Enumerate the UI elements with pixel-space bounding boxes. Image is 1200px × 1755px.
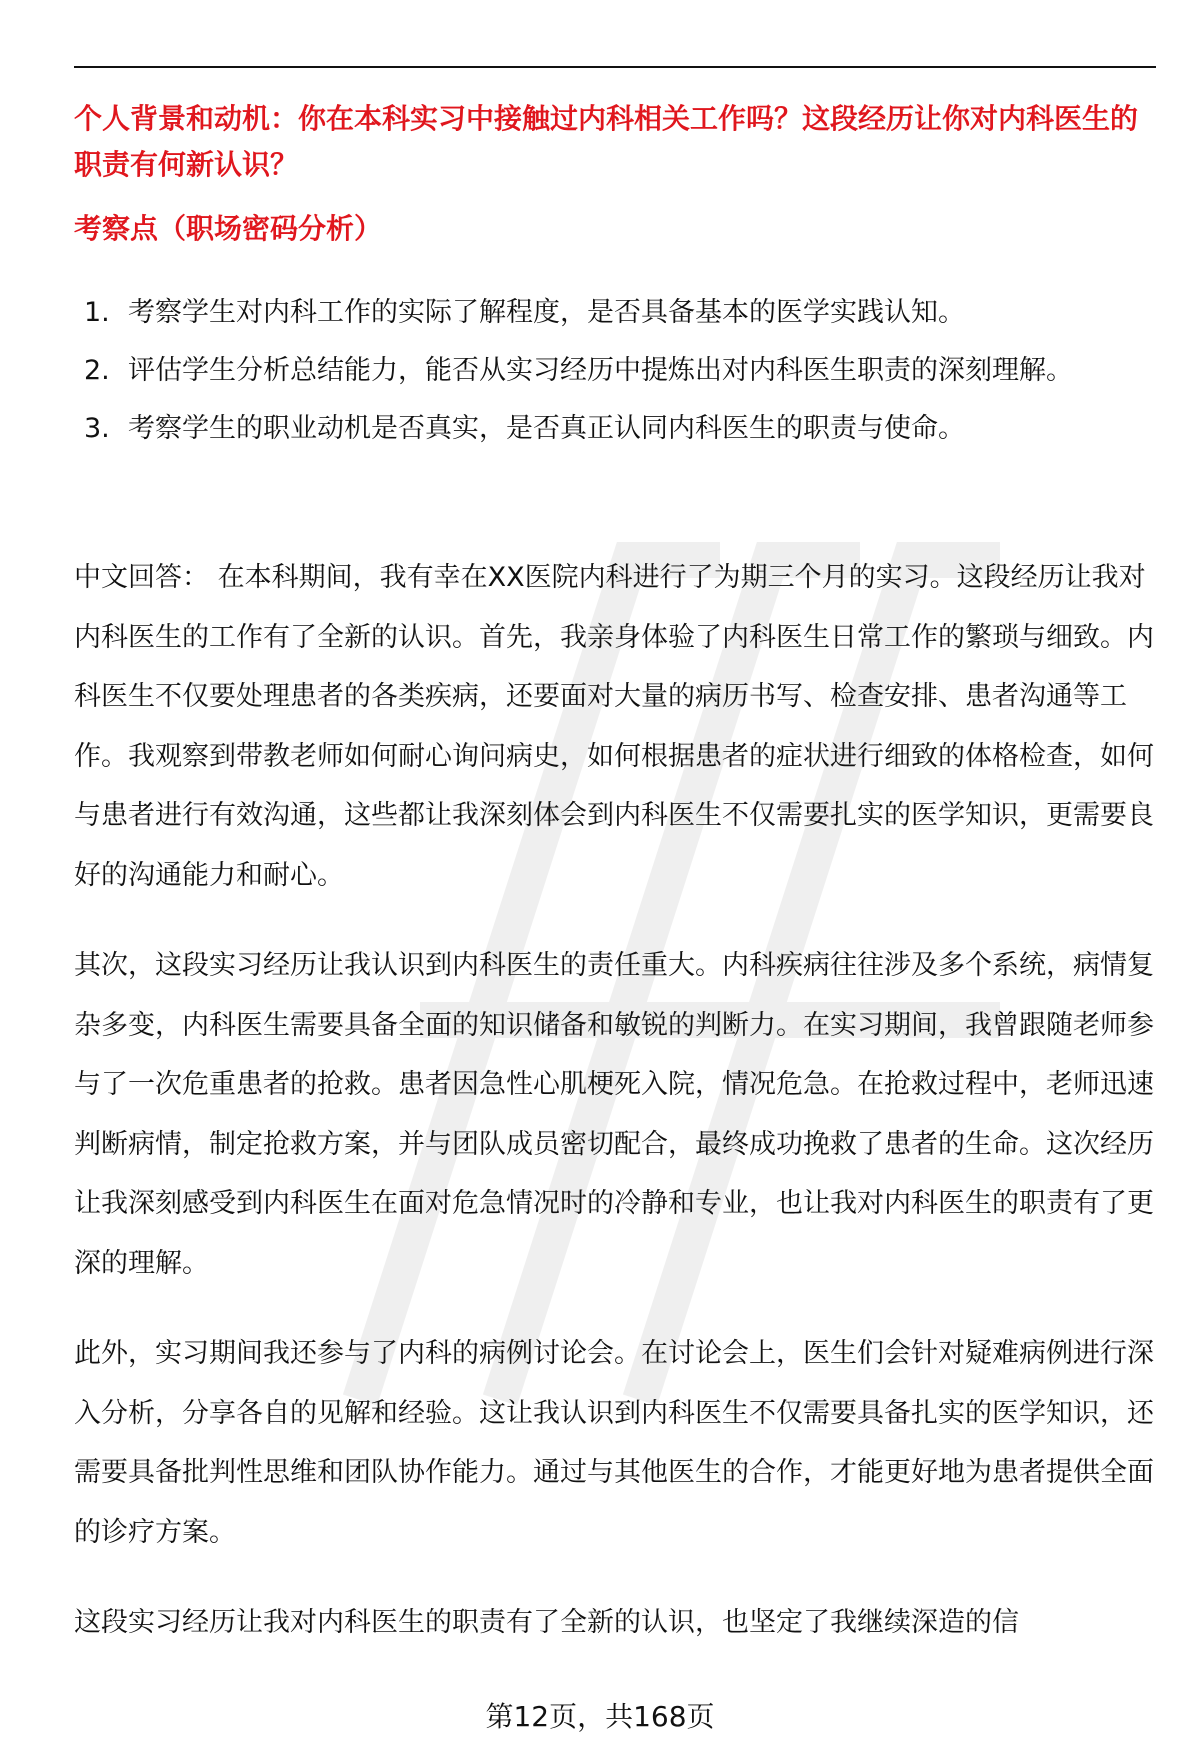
list-text: 考察学生的职业动机是否真实，是否真正认同内科医生的职责与使命。 [128, 413, 965, 444]
list-item: 3. 考察学生的职业动机是否真实，是否真正认同内科医生的职责与使命。 [74, 400, 1124, 458]
answer-paragraph-4: 这段实习经历让我对内科医生的职责有了全新的认识，也坚定了我继续深造的信 [74, 1593, 1154, 1653]
answer-paragraph-1: 中文回答： 在本科期间，我有幸在XX医院内科进行了为期三个月的实习。这段经历让我… [74, 548, 1154, 905]
list-text: 考察学生对内科工作的实际了解程度，是否具备基本的医学实践认知。 [128, 297, 965, 328]
header-rule [74, 66, 1156, 68]
question-title: 个人背景和动机：你在本科实习中接触过内科相关工作吗？这段经历让你对内科医生的职责… [74, 96, 1164, 188]
list-item: 2. 评估学生分析总结能力，能否从实习经历中提炼出对内科医生职责的深刻理解。 [74, 342, 1124, 400]
list-item: 1. 考察学生对内科工作的实际了解程度，是否具备基本的医学实践认知。 [74, 284, 1124, 342]
list-number: 1. [84, 284, 110, 342]
page-number-footer: 第12页，共168页 [0, 1695, 1200, 1735]
answer-paragraph-2: 其次，这段实习经历让我认识到内科医生的责任重大。内科疾病往往涉及多个系统，病情复… [74, 936, 1154, 1293]
answer-paragraph-3: 此外，实习期间我还参与了内科的病例讨论会。在讨论会上，医生们会针对疑难病例进行深… [74, 1324, 1154, 1562]
list-text: 评估学生分析总结能力，能否从实习经历中提炼出对内科医生职责的深刻理解。 [128, 355, 1073, 386]
analysis-points-list: 1. 考察学生对内科工作的实际了解程度，是否具备基本的医学实践认知。 2. 评估… [74, 284, 1124, 458]
analysis-heading: 考察点（职场密码分析） [74, 206, 382, 252]
list-number: 2. [84, 342, 110, 400]
list-number: 3. [84, 400, 110, 458]
